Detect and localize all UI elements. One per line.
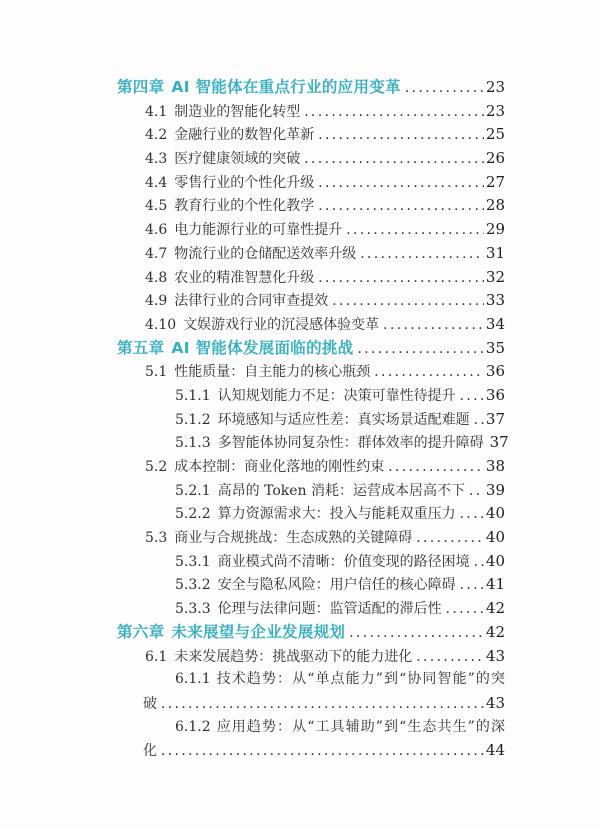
page-number: 42	[486, 621, 505, 645]
dot-leader: ........................................…	[304, 148, 484, 172]
dot-leader: ........................................…	[460, 574, 484, 598]
entry-number: 4.7	[145, 243, 167, 267]
entry-number: 4.3	[145, 148, 167, 172]
page-number: 43	[486, 692, 505, 716]
toc-entry: 4.5教育行业的个性化教学...........................…	[117, 194, 505, 218]
entry-title: 文娱游戏行业的沉浸感体验变革	[183, 314, 379, 338]
page-number: 37	[486, 408, 505, 432]
entry-number: 4.6	[145, 219, 167, 243]
entry-title: 金融行业的数智化革新	[174, 124, 314, 148]
page-number: 32	[486, 266, 505, 290]
page-number: 39	[486, 479, 505, 503]
dot-leader: ........................................…	[332, 290, 484, 314]
toc-entry-continuation: 化.......................................…	[117, 739, 505, 763]
dot-leader: ........................................…	[474, 551, 484, 575]
entry-number: 第四章	[117, 76, 164, 100]
toc-entry: 4.4零售行业的个性化升级...........................…	[117, 171, 505, 195]
document-page: 第四章AI 智能体在重点行业的应用变革.....................…	[0, 0, 600, 828]
toc-entry: 4.8农业的精准智慧化升级...........................…	[117, 266, 505, 290]
entry-title: 商业与合规挑战：生态成熟的关键障碍	[174, 527, 412, 551]
page-number: 33	[486, 289, 505, 313]
entry-title-wrap: 破	[143, 693, 157, 717]
page-number: 42	[486, 597, 505, 621]
dot-leader: ........................................…	[474, 409, 484, 433]
toc-entry: 5.1.3多智能体协同复杂性：群体效率的提升障碍................…	[117, 431, 505, 455]
entry-title: 商业模式尚不清晰：价值变现的路径困境	[218, 551, 470, 575]
entry-title: AI 智能体发展面临的挑战	[171, 337, 353, 361]
toc-entry: 第四章AI 智能体在重点行业的应用变革.....................…	[117, 76, 505, 100]
entry-title: 应用趋势：从“工具辅助”到“生态共生”的深	[216, 719, 505, 735]
toc-entry: 4.7物流行业的仓储配送效率升级........................…	[117, 242, 505, 266]
dot-leader: ........................................…	[318, 172, 484, 196]
toc-entry: 6.1未来发展趋势：挑战驱动下的能力进化....................…	[117, 645, 505, 669]
toc-entry: 第六章未来展望与企业发展规划..........................…	[117, 621, 505, 645]
toc-entry: 5.1性能质量：自主能力的核心瓶颈.......................…	[117, 360, 505, 384]
entry-number: 5.3.2	[175, 574, 211, 598]
page-number: 40	[486, 502, 505, 526]
entry-number: 4.2	[145, 124, 167, 148]
entry-number: 第六章	[117, 621, 164, 645]
toc-entry: 4.2金融行业的数智化革新...........................…	[117, 123, 505, 147]
entry-number: 4.9	[145, 290, 167, 314]
entry-title: 算力资源需求大：投入与能耗双重压力	[218, 503, 456, 527]
dot-leader: ........................................…	[416, 527, 484, 551]
entry-title: 法律行业的合同审查提效	[174, 290, 328, 314]
entry-number: 5.1	[145, 361, 167, 385]
entry-title: 环境感知与适应性差：真实场景适配难题	[218, 409, 470, 433]
entry-number: 5.2	[145, 456, 167, 480]
entry-number: 4.4	[145, 172, 167, 196]
dot-leader: ........................................…	[318, 195, 484, 219]
toc-entry: 5.2.1高昂的 Token 消耗：运营成本居高不下..............…	[117, 479, 505, 503]
toc-entry: 6.1.2应用趋势：从“工具辅助”到“生态共生”的深	[117, 716, 505, 740]
entry-number: 5.3	[145, 527, 167, 551]
entry-title: 教育行业的个性化教学	[174, 195, 314, 219]
dot-leader: ........................................…	[388, 456, 484, 480]
entry-title: 电力能源行业的可靠性提升	[174, 219, 342, 243]
page-number: 35	[486, 337, 505, 361]
toc-entry-continuation: 破.......................................…	[117, 692, 505, 716]
entry-number: 5.1.1	[175, 385, 211, 409]
dot-leader: ........................................…	[349, 622, 484, 646]
page-number: 31	[486, 242, 505, 266]
toc-entry: 4.1制造业的智能化转型............................…	[117, 100, 505, 124]
dot-leader: ........................................…	[346, 219, 484, 243]
dot-leader: ........................................…	[161, 740, 484, 764]
toc-list: 第四章AI 智能体在重点行业的应用变革.....................…	[117, 76, 505, 763]
page-number: 38	[486, 455, 505, 479]
dot-leader: ........................................…	[318, 124, 484, 148]
dot-leader: ........................................…	[304, 101, 484, 125]
toc-entry: 5.3.1商业模式尚不清晰：价值变现的路径困境.................…	[117, 550, 505, 574]
entry-number: 5.1.2	[175, 409, 211, 433]
page-number: 44	[486, 739, 505, 763]
toc-entry: 5.3.2安全与隐私风险：用户信任的核心障碍..................…	[117, 573, 505, 597]
entry-title: 技术趋势：从“单点能力”到“协同智能”的突	[216, 671, 505, 687]
entry-title: 制造业的智能化转型	[174, 101, 300, 125]
dot-leader: ........................................…	[460, 503, 484, 527]
page-number: 41	[486, 573, 505, 597]
dot-leader: ........................................…	[405, 77, 484, 101]
entry-title: 成本控制：商业化落地的刚性约束	[174, 456, 384, 480]
page-number: 25	[486, 123, 505, 147]
entry-title: 未来发展趋势：挑战驱动下的能力进化	[174, 646, 412, 670]
entry-number: 4.8	[145, 267, 167, 291]
page-number: 40	[486, 550, 505, 574]
page-number: 36	[486, 360, 505, 384]
page-number: 43	[486, 645, 505, 669]
page-number: 34	[486, 313, 505, 337]
entry-number: 5.3.1	[175, 551, 211, 575]
entry-number: 4.10	[145, 314, 176, 338]
toc-entry: 5.3.3伦理与法律问题：监管适配的滞后性...................…	[117, 597, 505, 621]
toc-entry: 4.9法律行业的合同审查提效..........................…	[117, 289, 505, 313]
toc-entry: 5.1.2环境感知与适应性差：真实场景适配难题.................…	[117, 408, 505, 432]
page-number: 29	[486, 218, 505, 242]
entry-title: 未来展望与企业发展规划	[171, 621, 345, 645]
dot-leader: ........................................…	[460, 385, 484, 409]
entry-title: 医疗健康领域的突破	[174, 148, 300, 172]
entry-number: 6.1.2	[175, 719, 211, 735]
page-number: 28	[486, 194, 505, 218]
page-number: 37	[490, 431, 509, 455]
dot-leader: ........................................…	[357, 338, 483, 362]
toc-entry: 5.2成本控制：商业化落地的刚性约束......................…	[117, 455, 505, 479]
entry-title: 高昂的 Token 消耗：运营成本居高不下	[218, 480, 465, 504]
toc-entry: 5.1.1认知规划能力不足：决策可靠性待提升..................…	[117, 384, 505, 408]
entry-title-wrap: 化	[143, 740, 157, 764]
dot-leader: ........................................…	[161, 693, 484, 717]
dot-leader: ........................................…	[360, 243, 484, 267]
toc-entry: 4.6电力能源行业的可靠性提升.........................…	[117, 218, 505, 242]
toc-entry: 6.1.1技术趋势：从“单点能力”到“协同智能”的突	[117, 668, 505, 692]
entry-number: 5.1.3	[175, 432, 211, 456]
entry-title: 多智能体协同复杂性：群体效率的提升障碍	[218, 432, 484, 456]
page-number: 27	[486, 171, 505, 195]
entry-number: 6.1	[145, 646, 167, 670]
entry-number: 4.1	[145, 101, 167, 125]
entry-number: 5.2.2	[175, 503, 211, 527]
dot-leader: ........................................…	[469, 480, 484, 504]
entry-number: 5.2.1	[175, 480, 211, 504]
page-number: 23	[486, 100, 505, 124]
page-number: 26	[486, 147, 505, 171]
entry-title: 安全与隐私风险：用户信任的核心障碍	[218, 574, 456, 598]
toc-entry: 4.10文娱游戏行业的沉浸感体验变革......................…	[117, 313, 505, 337]
page-number: 40	[486, 526, 505, 550]
entry-title: 伦理与法律问题：监管适配的滞后性	[218, 598, 442, 622]
entry-title: 性能质量：自主能力的核心瓶颈	[174, 361, 370, 385]
dot-leader: ........................................…	[416, 646, 484, 670]
entry-title: 认知规划能力不足：决策可靠性待提升	[218, 385, 456, 409]
toc-entry: 4.3医疗健康领域的突破............................…	[117, 147, 505, 171]
entry-title: 物流行业的仓储配送效率升级	[174, 243, 356, 267]
dot-leader: ........................................…	[318, 267, 484, 291]
toc-entry: 5.2.2算力资源需求大：投入与能耗双重压力..................…	[117, 502, 505, 526]
dot-leader: ........................................…	[383, 314, 484, 338]
dot-leader: ........................................…	[446, 598, 484, 622]
entry-title: AI 智能体在重点行业的应用变革	[171, 76, 400, 100]
page-number: 23	[486, 76, 505, 100]
entry-number: 5.3.3	[175, 598, 211, 622]
page-number: 36	[486, 384, 505, 408]
entry-number: 6.1.1	[175, 671, 211, 687]
entry-title: 零售行业的个性化升级	[174, 172, 314, 196]
toc-entry: 5.3商业与合规挑战：生态成熟的关键障碍....................…	[117, 526, 505, 550]
toc-entry: 第五章AI 智能体发展面临的挑战........................…	[117, 337, 505, 361]
entry-number: 第五章	[117, 337, 164, 361]
dot-leader: ........................................…	[374, 361, 484, 385]
entry-number: 4.5	[145, 195, 167, 219]
entry-title: 农业的精准智慧化升级	[174, 267, 314, 291]
